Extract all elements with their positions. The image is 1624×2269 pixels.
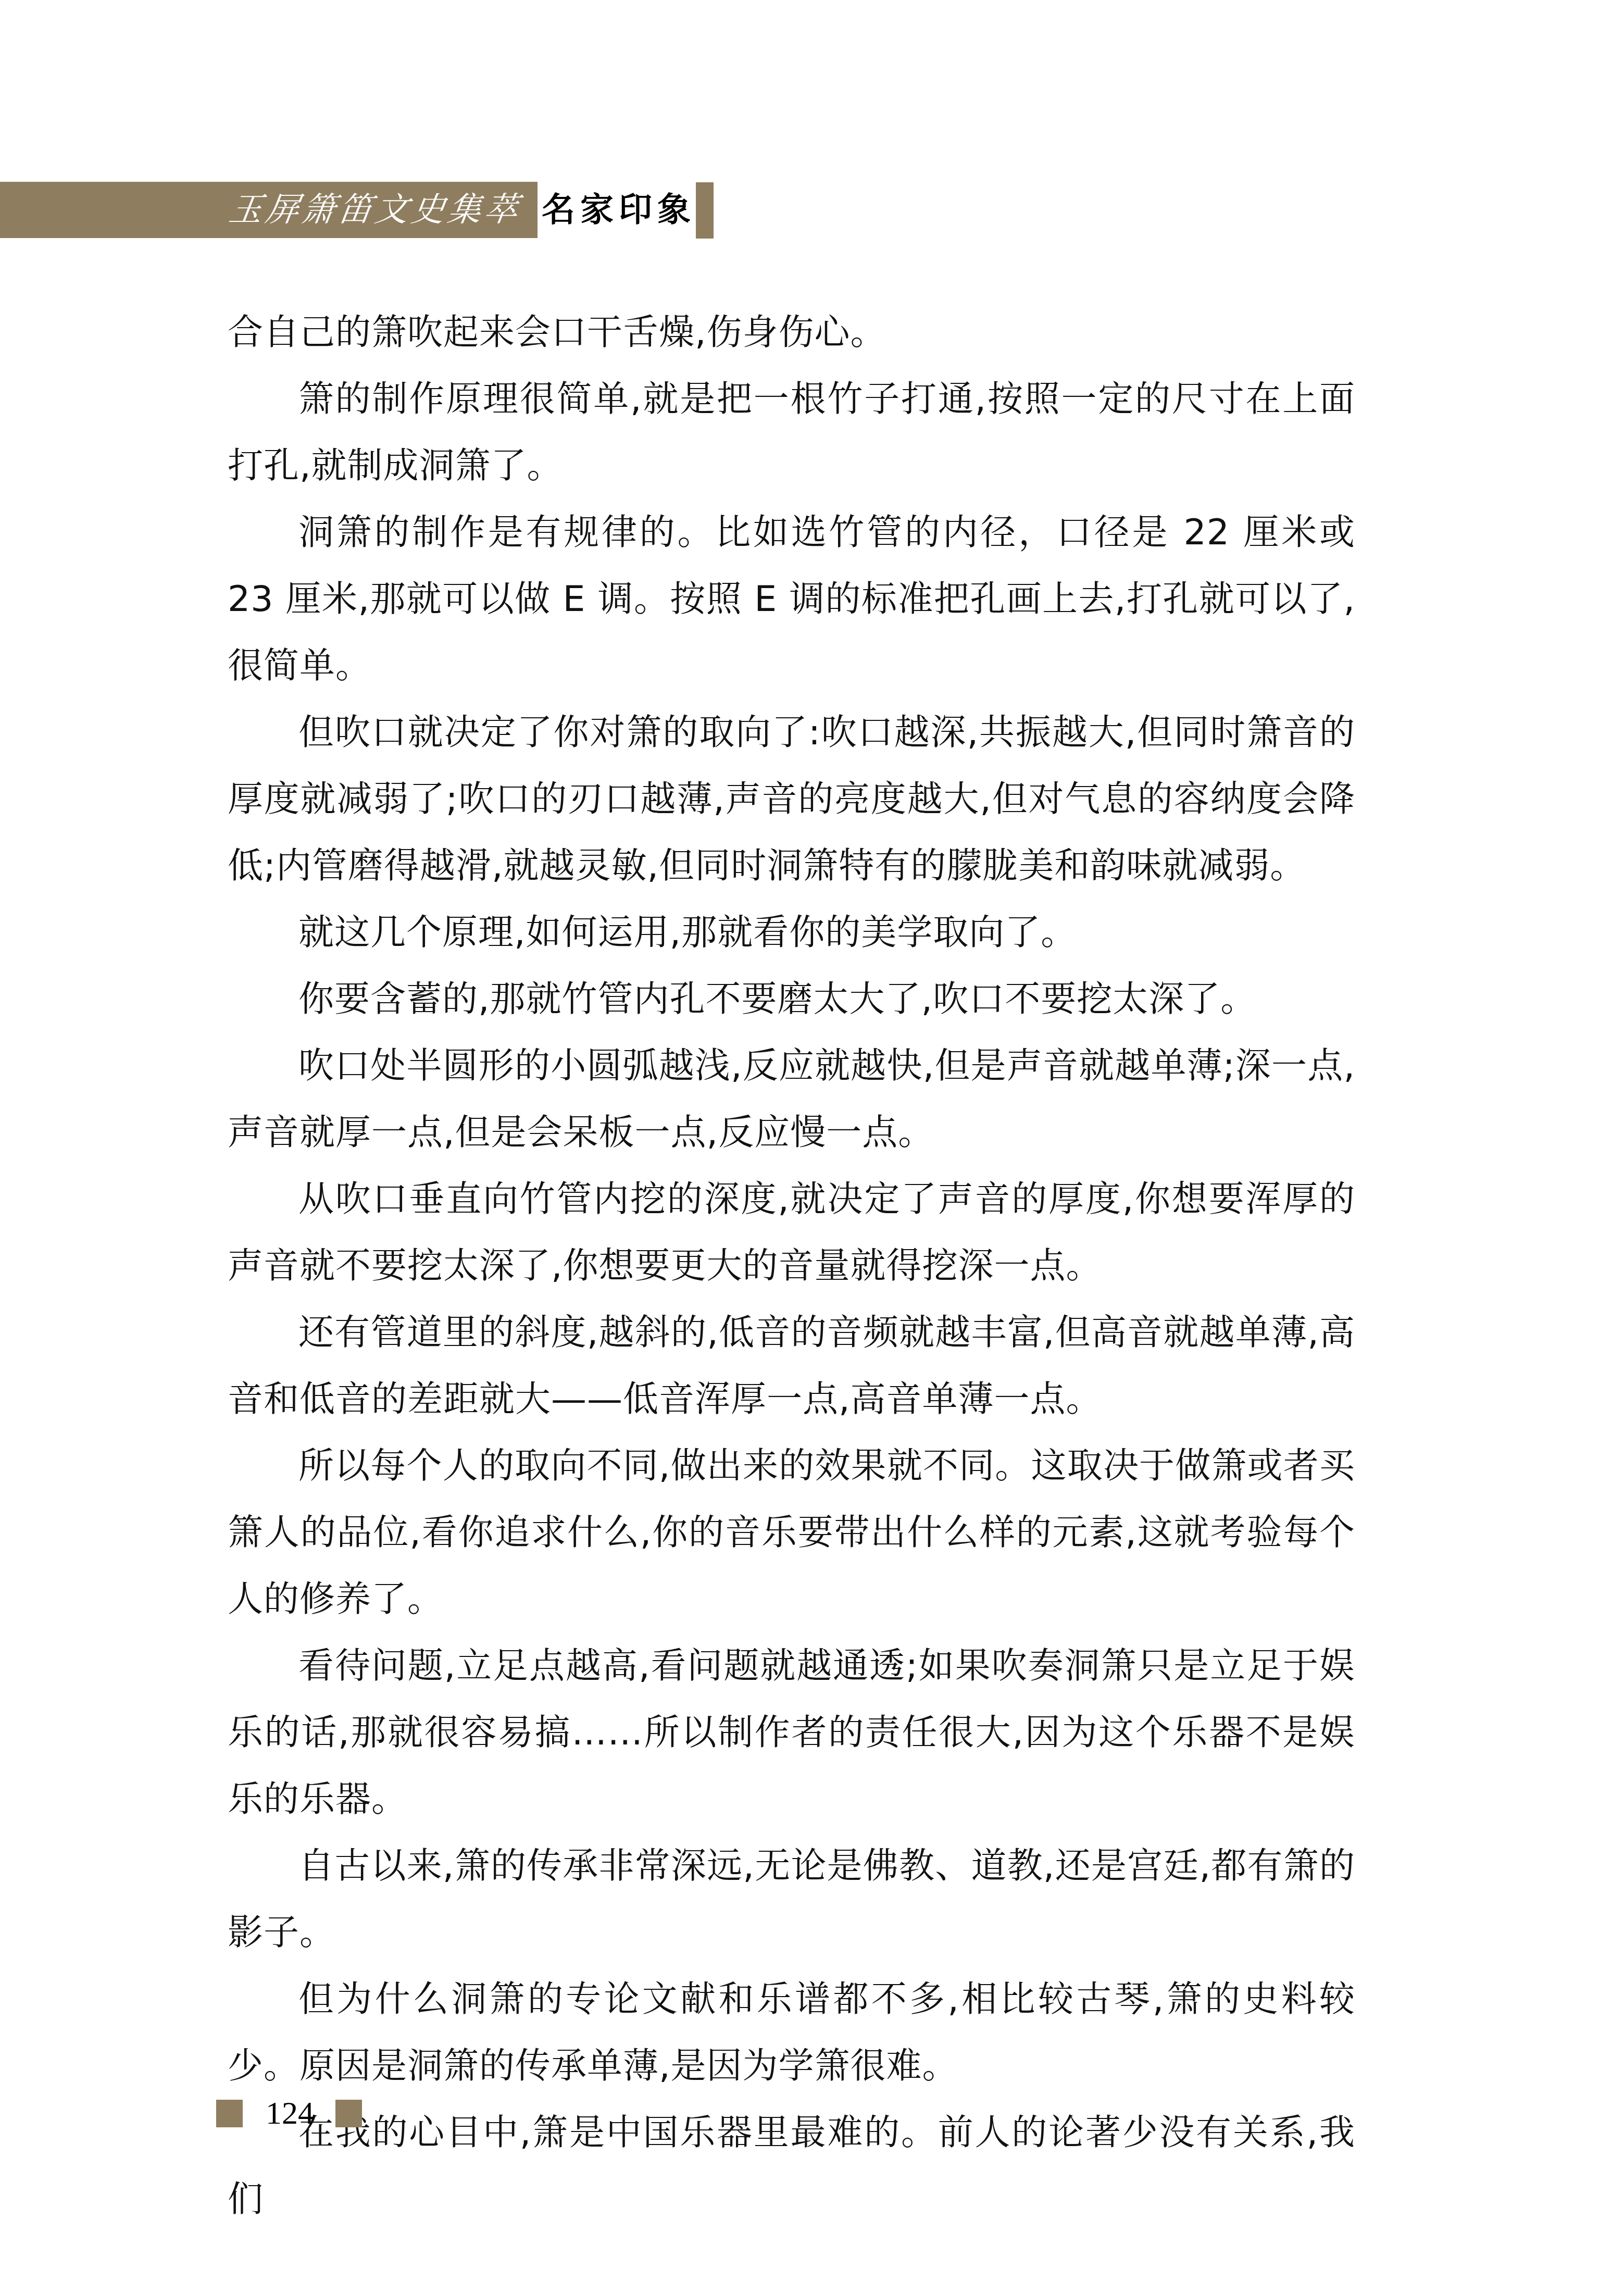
paragraph: 所以每个人的取向不同,做出来的效果就不同。这取决于做箫或者买箫人的品位,看你追求…	[228, 1433, 1355, 1633]
paragraph: 洞箫的制作是有规律的。比如选竹管的内径，口径是 22 厘米或 23 厘米,那就可…	[228, 500, 1355, 700]
paragraph: 看待问题,立足点越高,看问题就越通透;如果吹奏洞箫只是立足于娱乐的话,那就很容易…	[228, 1633, 1355, 1833]
footer-square-right	[335, 2100, 362, 2127]
paragraph: 还有管道里的斜度,越斜的,低音的音频就越丰富,但高音就越单薄,高音和低音的差距就…	[228, 1300, 1355, 1433]
paragraph: 合自己的箫吹起来会口干舌燥,伤身伤心。	[228, 300, 1355, 366]
paragraph: 就这几个原理,如何运用,那就看你的美学取向了。	[228, 900, 1355, 966]
body-text: 合自己的箫吹起来会口干舌燥,伤身伤心。 箫的制作原理很简单,就是把一根竹子打通,…	[228, 300, 1355, 2233]
section-title: 名家印象	[542, 182, 696, 238]
paragraph: 自古以来,箫的传承非常深远,无论是佛教、道教,还是宫廷,都有箫的影子。	[228, 1833, 1355, 1966]
paragraph: 但吹口就决定了你对箫的取向了:吹口越深,共振越大,但同时箫音的厚度就减弱了;吹口…	[228, 700, 1355, 900]
paragraph: 从吹口垂直向竹管内挖的深度,就决定了声音的厚度,你想要浑厚的声音就不要挖太深了,…	[228, 1166, 1355, 1300]
paragraph: 吹口处半圆形的小圆弧越浅,反应就越快,但是声音就越单薄;深一点,声音就厚一点,但…	[228, 1033, 1355, 1166]
page-number: 124	[266, 2099, 314, 2127]
header-end-bar	[696, 182, 714, 239]
paragraph: 在我的心目中,箫是中国乐器里最难的。前人的论著少没有关系,我们	[228, 2100, 1355, 2233]
page-footer: 124	[216, 2099, 362, 2127]
series-title: 玉屏箫笛文史集萃	[225, 182, 540, 238]
paragraph: 但为什么洞箫的专论文献和乐谱都不多,相比较古琴,箫的史料较少。原因是洞箫的传承单…	[228, 1966, 1355, 2100]
paragraph: 你要含蓄的,那就竹管内孔不要磨太大了,吹口不要挖太深了。	[228, 966, 1355, 1033]
footer-square-left	[216, 2100, 243, 2127]
paragraph: 箫的制作原理很简单,就是把一根竹子打通,按照一定的尺寸在上面打孔,就制成洞箫了。	[228, 366, 1355, 500]
